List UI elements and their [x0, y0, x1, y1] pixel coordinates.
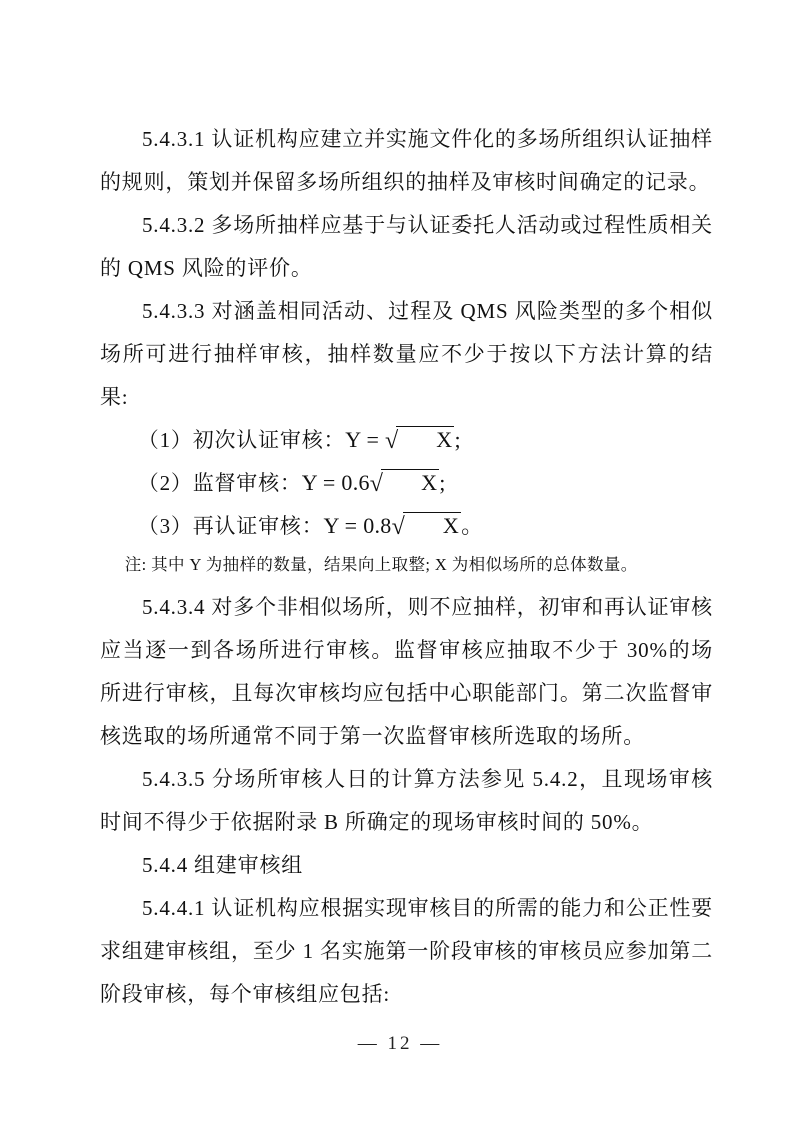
formula-lhs: Y = [345, 427, 385, 452]
formula-radicand: X [381, 469, 439, 495]
formula-radicand: X [403, 512, 461, 538]
formula-recertification-audit: （3）再认证审核：Y = 0.8√X。 [100, 505, 713, 548]
formula-expression: Y = 0.6√X; [302, 470, 446, 495]
formula-expression: Y = 0.8√X。 [324, 513, 484, 538]
document-body: 5.4.3.1 认证机构应建立并实施文件化的多场所组织认证抽样的规则，策划并保留… [100, 118, 713, 1016]
formula-surveillance-audit: （2）监督审核：Y = 0.6√X; [100, 462, 713, 505]
square-root: √X [392, 513, 461, 538]
formula-lhs: Y = [324, 513, 364, 538]
paragraph-5-4-3-2: 5.4.3.2 多场所抽样应基于与认证委托人活动或过程性质相关的 QMS 风险的… [100, 204, 713, 290]
square-root: √X [370, 470, 439, 495]
document-page: 5.4.3.1 认证机构应建立并实施文件化的多场所组织认证抽样的规则，策划并保留… [0, 0, 800, 1130]
heading-5-4-4: 5.4.4 组建审核组 [100, 844, 713, 887]
formula-coefficient: 0.6 [341, 470, 369, 495]
formula-expression: Y = √X; [345, 427, 461, 452]
formula-coefficient: 0.8 [363, 513, 391, 538]
formula-radicand: X [396, 426, 454, 452]
formula-terminator: ; [454, 427, 460, 452]
paragraph-5-4-3-3: 5.4.3.3 对涵盖相同活动、过程及 QMS 风险类型的多个相似场所可进行抽样… [100, 290, 713, 419]
formula-terminator: 。 [461, 513, 483, 538]
paragraph-5-4-3-1: 5.4.3.1 认证机构应建立并实施文件化的多场所组织认证抽样的规则，策划并保留… [100, 118, 713, 204]
formula-initial-certification-audit: （1）初次认证审核：Y = √X; [100, 419, 713, 462]
formula-terminator: ; [439, 470, 445, 495]
formula-label: （1）初次认证审核： [138, 428, 346, 452]
square-root: √X [385, 427, 454, 452]
paragraph-5-4-4-1: 5.4.4.1 认证机构应根据实现审核目的所需的能力和公正性要求组建审核组，至少… [100, 887, 713, 1016]
paragraph-5-4-3-5: 5.4.3.5 分场所审核人日的计算方法参见 5.4.2，且现场审核时间不得少于… [100, 758, 713, 844]
page-number: — 12 — [0, 1033, 800, 1055]
paragraph-5-4-3-4: 5.4.3.4 对多个非相似场所，则不应抽样，初审和再认证审核应当逐一到各场所进… [100, 586, 713, 758]
formula-label: （3）再认证审核： [138, 514, 324, 538]
note-sampling-definition: 注: 其中 Y 为抽样的数量，结果向上取整; X 为相似场所的总体数量。 [100, 551, 713, 579]
formula-lhs: Y = [302, 470, 342, 495]
formula-label: （2）监督审核： [138, 471, 302, 495]
